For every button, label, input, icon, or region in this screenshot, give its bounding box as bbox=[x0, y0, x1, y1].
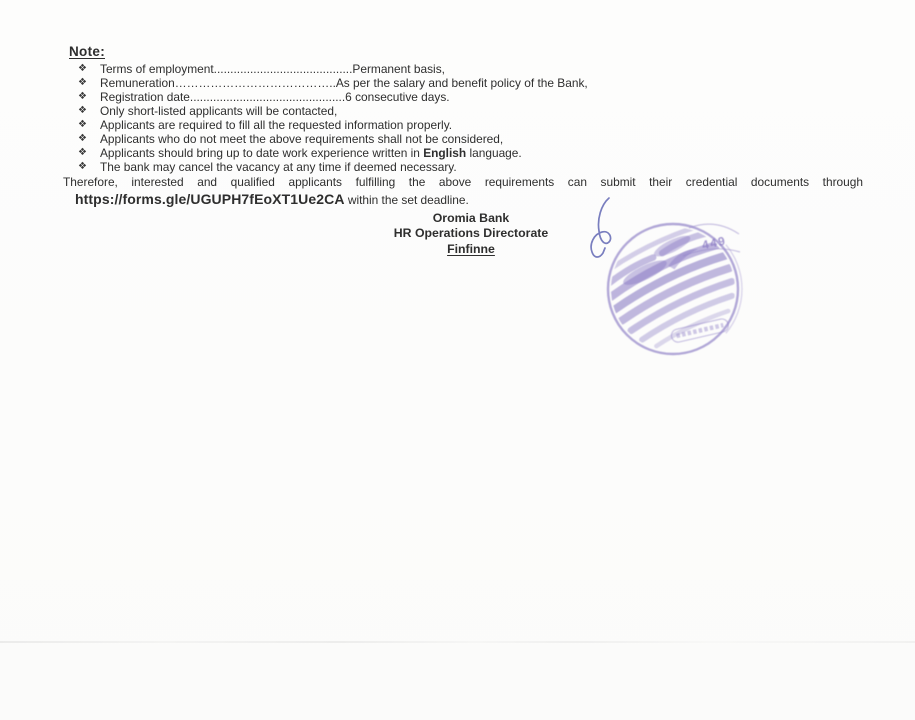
list-item-text: Applicants who do not meet the above req… bbox=[100, 132, 503, 146]
note-heading: Note: bbox=[69, 45, 863, 59]
diamond-bullet-icon: ❖ bbox=[78, 146, 100, 160]
diamond-bullet-icon: ❖ bbox=[78, 90, 100, 104]
list-item: ❖ Applicants are required to fill all th… bbox=[63, 118, 863, 132]
list-item-text: Applicants are required to fill all the … bbox=[100, 118, 452, 132]
note-list: ❖ Terms of employment...................… bbox=[63, 62, 863, 174]
document-body: Note: ❖ Terms of employment.............… bbox=[63, 45, 863, 258]
list-item-text: Only short-listed applicants will be con… bbox=[100, 104, 337, 118]
list-item-text: The bank may cancel the vacancy at any t… bbox=[100, 160, 457, 174]
org-department: HR Operations Directorate bbox=[79, 226, 863, 242]
org-name: Oromia Bank bbox=[79, 211, 863, 227]
diamond-bullet-icon: ❖ bbox=[78, 160, 100, 174]
scanned-document-page: Note: ❖ Terms of employment.............… bbox=[0, 0, 915, 720]
diamond-bullet-icon: ❖ bbox=[78, 118, 100, 132]
scan-artifact-line bbox=[0, 641, 915, 643]
list-item: ❖ Remuneration…………………………………..As per the … bbox=[63, 76, 863, 90]
org-city: Finfinne bbox=[79, 242, 863, 258]
diamond-bullet-icon: ❖ bbox=[78, 104, 100, 118]
diamond-bullet-icon: ❖ bbox=[78, 76, 100, 90]
list-item: ❖ Applicants should bring up to date wor… bbox=[63, 146, 863, 160]
list-item: ❖ Terms of employment...................… bbox=[63, 62, 863, 76]
list-item: ❖ Only short-listed applicants will be c… bbox=[63, 104, 863, 118]
list-item-text: Remuneration…………………………………..As per the sa… bbox=[100, 76, 588, 90]
list-item: ❖ Applicants who do not meet the above r… bbox=[63, 132, 863, 146]
list-item: ❖ Registration date.....................… bbox=[63, 90, 863, 104]
diamond-bullet-icon: ❖ bbox=[78, 62, 100, 76]
list-item-text: Applicants should bring up to date work … bbox=[100, 146, 522, 160]
application-form-url: https://forms.gle/UGUPH7fEoXT1Ue2CA bbox=[75, 191, 345, 207]
list-item-text: Registration date.......................… bbox=[100, 90, 450, 104]
diamond-bullet-icon: ❖ bbox=[78, 132, 100, 146]
signature-block: Oromia Bank HR Operations Directorate Fi… bbox=[63, 211, 863, 258]
list-item: ❖ The bank may cancel the vacancy at any… bbox=[63, 160, 863, 174]
deadline-text: within the set deadline. bbox=[345, 193, 469, 207]
closing-paragraph: Therefore, interested and qualified appl… bbox=[63, 176, 863, 208]
list-item-text: Terms of employment.....................… bbox=[100, 62, 445, 76]
application-link-line: https://forms.gle/UGUPH7fEoXT1Ue2CA with… bbox=[75, 191, 863, 208]
closing-sentence: Therefore, interested and qualified appl… bbox=[63, 176, 863, 190]
